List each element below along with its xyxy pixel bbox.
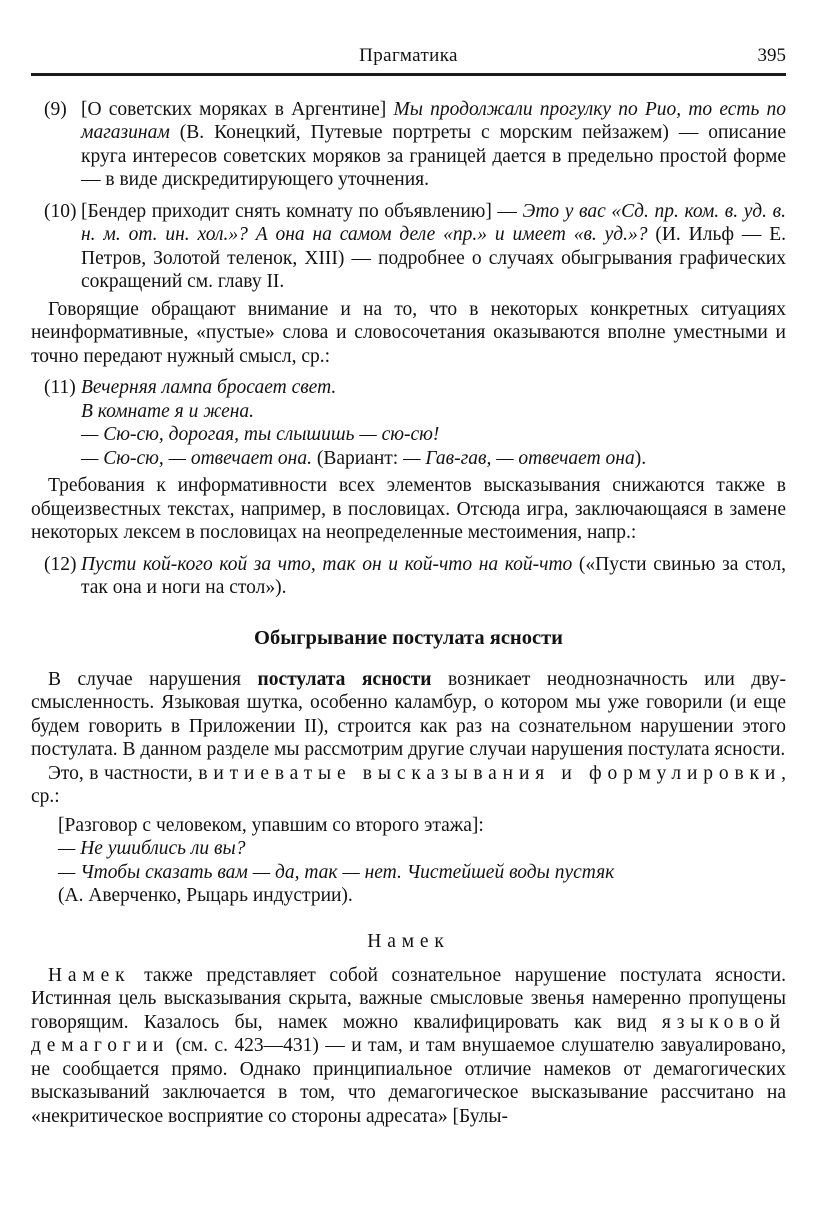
subsection-heading: Намек bbox=[31, 930, 786, 954]
paragraph-clarity-postulate: В случае нарушения постулата ясности воз… bbox=[31, 668, 786, 762]
page-header: Прагматика 395 bbox=[31, 44, 786, 76]
ornate-term-spaced: витиеватые высказывания и формулировки bbox=[198, 763, 781, 784]
example-11-line-2: В комнате я и жена. bbox=[81, 400, 786, 424]
example-11-number: (11) bbox=[44, 376, 81, 400]
paragraph-requirements: Требования к информативности всех элемен… bbox=[31, 474, 786, 545]
example-9-comment: (В. Конецкий, Путевые портреты с морским… bbox=[81, 122, 786, 190]
running-title: Прагматика bbox=[359, 45, 458, 66]
example-11-line-4: — Сю-сю, — отвечает она. (Вариант: — Гав… bbox=[81, 447, 786, 471]
example-11: (11)Вечерняя лампа бросает свет. В комна… bbox=[44, 376, 786, 470]
example-11-reply: — Сю-сю, — отвечает она. bbox=[81, 448, 312, 469]
page-number: 395 bbox=[758, 44, 787, 68]
section-heading: Обыгрывание постулата ясности bbox=[31, 626, 786, 650]
example-10-context: [Бендер приходит снять комнату по объявл… bbox=[81, 201, 523, 222]
paragraph-ornate: Это, в частности, витиеватые высказывани… bbox=[31, 762, 786, 809]
quote-line-question: — Не ушиблись ли вы? bbox=[58, 837, 786, 861]
book-page: Прагматика 395 (9)[О советских моряках в… bbox=[0, 0, 834, 1230]
example-11-variant-label: (Вариант: bbox=[312, 448, 403, 469]
quote-line-answer: — Чтобы сказать вам — да, так — нет. Чис… bbox=[58, 861, 786, 885]
example-12: (12)Пусти кой-кого кой за что, так он и … bbox=[44, 553, 786, 600]
ornate-text-pre: Это, в частности, bbox=[48, 763, 198, 784]
example-11-verse: Вечерняя лампа бросает свет. bbox=[81, 377, 336, 398]
example-12-quote: Пусти кой-кого кой за что, так он и кой-… bbox=[81, 554, 572, 575]
dialogue-quote-block: [Разговор с человеком, упавшим со второг… bbox=[58, 814, 786, 908]
example-10-number: (10) bbox=[44, 200, 81, 224]
example-9-number: (9) bbox=[44, 98, 81, 122]
clarity-text-pre: В случае нарушения bbox=[48, 669, 257, 690]
hint-term-spaced: Намек bbox=[48, 965, 130, 986]
example-9-context: [О советских моряках в Аргентине] bbox=[81, 99, 393, 120]
example-9: (9)[О советских моряках в Аргентине] Мы … bbox=[44, 98, 786, 192]
example-11-variant: — Гав-гав, — отвечает она bbox=[403, 448, 635, 469]
example-11-line-1: (11)Вечерняя лампа бросает свет. bbox=[81, 376, 786, 400]
example-10: (10)[Бендер приходит снять комнату по об… bbox=[44, 200, 786, 294]
example-11-line-3: — Сю-сю, дорогая, ты слышишь — сю-сю! bbox=[81, 423, 786, 447]
paragraph-speakers: Говорящие обращают внимание и на то, что… bbox=[31, 298, 786, 369]
paragraph-hint: Намек также представляет собой сознатель… bbox=[31, 964, 786, 1129]
quote-line-source: (А. Аверченко, Рыцарь индустрии). bbox=[58, 884, 786, 908]
example-11-close: ). bbox=[635, 448, 646, 469]
example-12-number: (12) bbox=[44, 553, 81, 577]
clarity-term-bold: постулата ясности bbox=[257, 669, 431, 690]
quote-line-context: [Разговор с человеком, упавшим со второг… bbox=[58, 814, 786, 838]
